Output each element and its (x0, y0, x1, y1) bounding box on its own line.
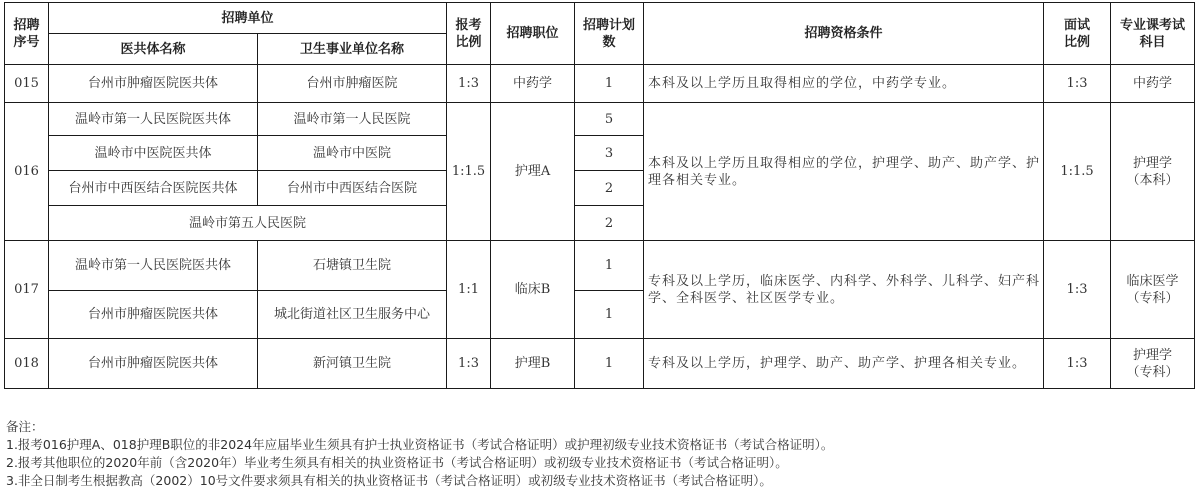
hospital-name-cell: 新河镇卫生院 (258, 339, 447, 389)
note-item: 1.报考016护理A、018护理B职位的非2024年应届毕业生须具有护士执业资格… (6, 436, 833, 454)
note-item: 3.非全日制考生根据教高（2002）10号文件要求须具有相关的执业资格证书（考试… (6, 472, 833, 490)
seq-cell: 015 (5, 65, 49, 103)
header-plan-count: 招聘计划 数 (575, 3, 644, 65)
table-row: 016 温岭市第一人民医院医共体 温岭市第一人民医院 1:1.5 护理A 5 本… (5, 103, 1195, 136)
qualification-cell: 专科及以上学历，护理学、助产、助产学、护理各相关专业。 (644, 339, 1044, 389)
hospital-name-cell: 城北街道社区卫生服务中心 (258, 291, 447, 339)
qualification-cell: 本科及以上学历且取得相应的学位，中药学专业。 (644, 65, 1044, 103)
note-item: 2.报考其他职位的2020年前（含2020年）毕业考生须具有相关的执业资格证书（… (6, 454, 833, 472)
merged-unit-cell: 温岭市第五人民医院 (49, 206, 447, 241)
group-name-cell: 台州市肿瘤医院医共体 (49, 65, 258, 103)
header-group-name: 医共体名称 (49, 34, 258, 65)
exam-subject-cell: 临床医学 （专科） (1111, 241, 1195, 339)
notes-section: 备注： 1.报考016护理A、018护理B职位的非2024年应届毕业生须具有护士… (6, 418, 833, 490)
position-cell: 护理B (491, 339, 575, 389)
plan-count-cell: 3 (575, 136, 644, 171)
group-name-cell: 台州市肿瘤医院医共体 (49, 339, 258, 389)
plan-count-cell: 2 (575, 206, 644, 241)
qualification-cell: 专科及以上学历，临床医学、内科学、外科学、儿科学、妇产科学、全科医学、社区医学专… (644, 241, 1044, 339)
plan-count-cell: 2 (575, 171, 644, 206)
interview-ratio-cell: 1:3 (1044, 65, 1111, 103)
plan-count-cell: 1 (575, 65, 644, 103)
exam-subject-cell: 中药学 (1111, 65, 1195, 103)
position-cell: 临床B (491, 241, 575, 339)
exam-subject-cell: 护理学 （专科） (1111, 339, 1195, 389)
apply-ratio-cell: 1:1 (447, 241, 491, 339)
exam-subject-cell: 护理学 （本科） (1111, 103, 1195, 241)
group-name-cell: 温岭市第一人民医院医共体 (49, 241, 258, 291)
seq-cell: 018 (5, 339, 49, 389)
qualification-cell: 本科及以上学历且取得相应的学位，护理学、助产、助产学、护理各相关专业。 (644, 103, 1044, 241)
group-name-cell: 温岭市中医院医共体 (49, 136, 258, 171)
header-seq: 招聘 序号 (5, 3, 49, 65)
header-interview-ratio: 面试 比例 (1044, 3, 1111, 65)
apply-ratio-cell: 1:3 (447, 65, 491, 103)
header-unit: 招聘单位 (49, 3, 447, 34)
seq-cell: 016 (5, 103, 49, 241)
table-row: 015 台州市肿瘤医院医共体 台州市肿瘤医院 1:3 中药学 1 本科及以上学历… (5, 65, 1195, 103)
seq-cell: 017 (5, 241, 49, 339)
hospital-name-cell: 石塘镇卫生院 (258, 241, 447, 291)
header-apply-ratio: 报考 比例 (447, 3, 491, 65)
interview-ratio-cell: 1:1.5 (1044, 103, 1111, 241)
plan-count-cell: 1 (575, 339, 644, 389)
position-cell: 护理A (491, 103, 575, 241)
hospital-name-cell: 温岭市第一人民医院 (258, 103, 447, 136)
plan-count-cell: 1 (575, 291, 644, 339)
recruitment-table: 招聘 序号 招聘单位 报考 比例 招聘职位 招聘计划 数 招聘资格条件 面试 比… (4, 2, 1195, 389)
hospital-name-cell: 温岭市中医院 (258, 136, 447, 171)
position-cell: 中药学 (491, 65, 575, 103)
header-hospital-name: 卫生事业单位名称 (258, 34, 447, 65)
apply-ratio-cell: 1:3 (447, 339, 491, 389)
hospital-name-cell: 台州市肿瘤医院 (258, 65, 447, 103)
hospital-name-cell: 台州市中西医结合医院 (258, 171, 447, 206)
plan-count-cell: 5 (575, 103, 644, 136)
plan-count-cell: 1 (575, 241, 644, 291)
group-name-cell: 台州市肿瘤医院医共体 (49, 291, 258, 339)
table-row: 017 温岭市第一人民医院医共体 石塘镇卫生院 1:1 临床B 1 专科及以上学… (5, 241, 1195, 291)
table-row: 018 台州市肿瘤医院医共体 新河镇卫生院 1:3 护理B 1 专科及以上学历，… (5, 339, 1195, 389)
header-qualification: 招聘资格条件 (644, 3, 1044, 65)
interview-ratio-cell: 1:3 (1044, 339, 1111, 389)
notes-title: 备注： (6, 418, 833, 436)
group-name-cell: 温岭市第一人民医院医共体 (49, 103, 258, 136)
interview-ratio-cell: 1:3 (1044, 241, 1111, 339)
header-exam-subject: 专业课考试 科目 (1111, 3, 1195, 65)
apply-ratio-cell: 1:1.5 (447, 103, 491, 241)
header-position: 招聘职位 (491, 3, 575, 65)
group-name-cell: 台州市中西医结合医院医共体 (49, 171, 258, 206)
